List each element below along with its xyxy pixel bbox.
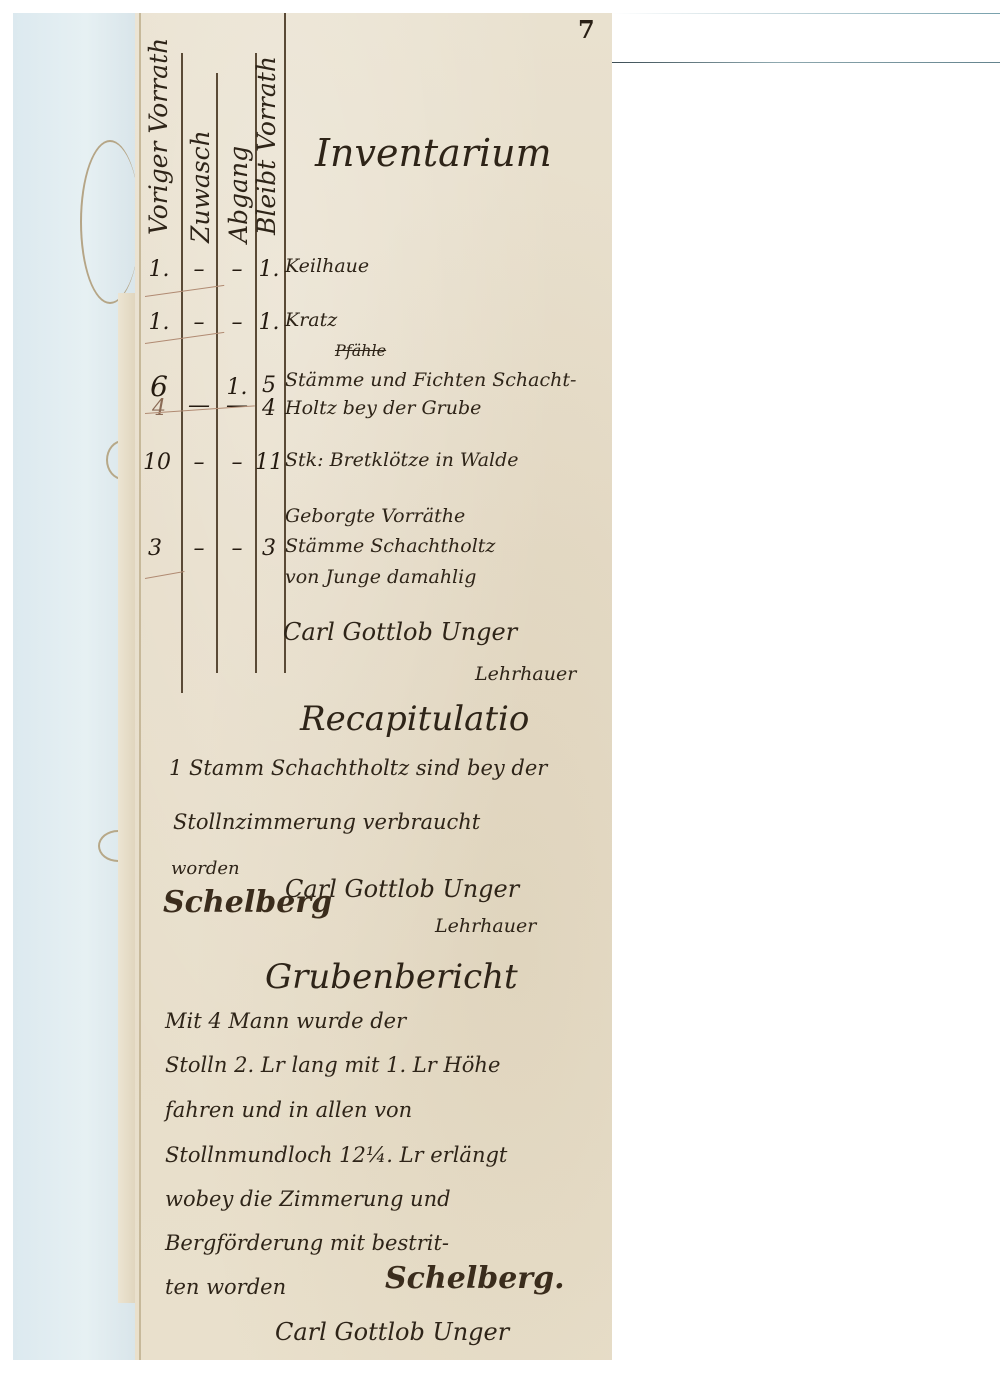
report-line: Mit 4 Mann wurde der [165, 1009, 406, 1033]
binding-string-top [80, 140, 140, 304]
inventory-item: Stämme und Fichten Schacht- [285, 369, 576, 391]
report-line: ten worden [165, 1275, 286, 1299]
report-line: fahren und in allen von [165, 1098, 412, 1122]
column-header-voriger-vorrath: Voriger Vorrath [141, 15, 181, 235]
cell-zuwachs: – [183, 310, 215, 335]
inventory-item: Stk: Bretklötze in Walde [285, 449, 519, 471]
cell-voriger: 1. [143, 257, 175, 282]
cell-zuwachs: – [183, 450, 215, 475]
report-line: Stolln 2. Lr lang mit 1. Lr Höhe [165, 1053, 500, 1077]
cell-bleibt: 5 [253, 373, 285, 398]
cell-voriger: 1. [143, 310, 175, 335]
cell-bleibt: 4 [253, 396, 285, 421]
report-line: wobey die Zimmerung und [165, 1187, 451, 1211]
manuscript-page: Voriger Vorrath Zuwasch Abgang Bleibt Vo… [135, 13, 612, 1360]
cell-zuwachs: – [183, 257, 215, 282]
cell-zuwachs: – [183, 536, 215, 561]
cell-voriger: 4 [143, 396, 175, 421]
cell-voriger: 10 [141, 450, 173, 475]
cell-abgang: – [221, 450, 253, 475]
recap-line: Stollnzimmerung verbraucht [173, 810, 480, 834]
signature-name: Carl Gottlob Unger [275, 1318, 509, 1346]
signature-title: Lehrhauer [475, 663, 576, 685]
cell-bleibt: 11 [253, 450, 285, 475]
cell-voriger: 3 [139, 536, 171, 561]
inventory-insert: Pfähle [335, 341, 386, 360]
scan-edge-line [612, 13, 1000, 14]
signature-name: Carl Gottlob Unger [285, 875, 519, 903]
cell-zuwachs: — [183, 393, 215, 418]
recap-line: worden [171, 858, 240, 879]
column-header-zuwachs: Zuwasch [183, 53, 223, 243]
cell-abgang: – [221, 536, 253, 561]
mine-report-title: Grubenbericht [265, 957, 518, 997]
report-line: Bergförderung mit bestrit- [165, 1231, 449, 1255]
page-number: 7 [578, 15, 595, 44]
signature-title: Lehrhauer [435, 915, 536, 937]
signature-name: Carl Gottlob Unger [283, 618, 517, 646]
pencil-mark [145, 285, 224, 297]
inventory-note: von Junge damahlig [285, 566, 476, 588]
scan-edge-line [612, 62, 1000, 63]
cell-abgang: – [221, 310, 253, 335]
inventory-item: Kratz [285, 309, 337, 331]
report-line: Stollnmundloch 12¼. Lr erlängt [165, 1143, 507, 1167]
recap-line: 1 Stamm Schachtholtz sind bey der [169, 756, 547, 780]
inventory-title: Inventarium [315, 131, 552, 175]
cell-bleibt: 3 [253, 536, 285, 561]
column-header-bleibt-vorrath: Bleibt Vorrath [249, 15, 289, 235]
inventory-item: Holtz bey der Grube [285, 397, 481, 419]
recapitulation-title: Recapitulatio [300, 699, 529, 739]
pencil-mark [145, 571, 185, 579]
cell-abgang: – [221, 257, 253, 282]
inventory-note: Geborgte Vorräthe [285, 505, 465, 527]
cell-bleibt: 1. [253, 257, 285, 282]
cell-bleibt: 1. [253, 310, 285, 335]
countersignature: Schelberg. [385, 1261, 565, 1296]
inventory-item: Keilhaue [285, 255, 369, 277]
inventory-item: Stämme Schachtholtz [285, 535, 495, 557]
